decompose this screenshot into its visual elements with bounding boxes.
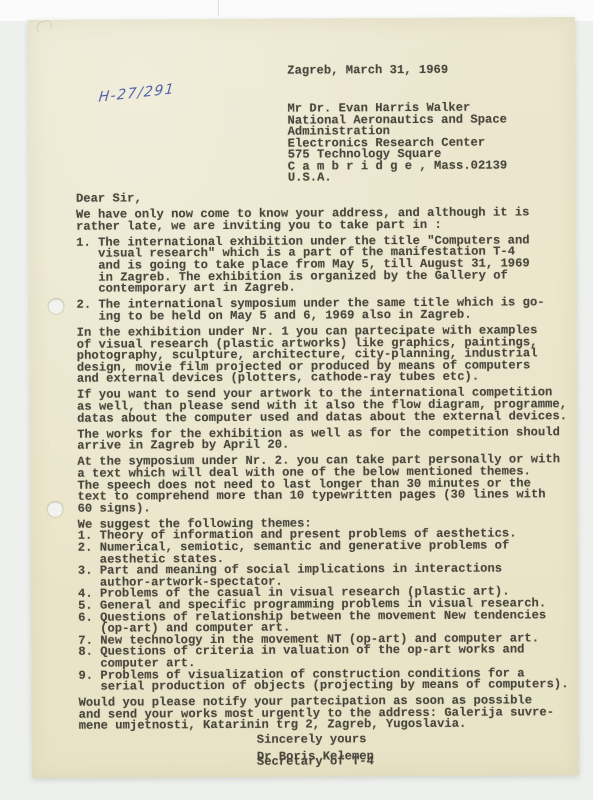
closing-paragraph: Would you please notify your partecipati… [79,695,569,732]
themes-list: We suggest the following themes: 1. Theo… [78,517,569,693]
letter-paper: H-27/291 Zagreb, March 31, 1969 Mr Dr. E… [28,17,579,778]
scanned-letter-page: { "colors": { "paper": "#ebe6cc", "scan_… [0,0,593,800]
letter-body: Dear Sir, We have only now come to know … [76,191,569,737]
theme-item-9: 9. Problems of visualization of construc… [78,668,568,694]
body-paragraph-deadline: The works for the exhibition as well as … [77,427,567,453]
intro-paragraph: We have only now come to know your addre… [76,207,566,233]
signer-title: Secretary of T-4 [257,756,374,768]
salutation: Dear Sir, [76,191,566,205]
recipient-line: U.S.A. [288,171,507,184]
body-paragraph-participation: In the exhibition under Nr. 1 you can pa… [77,325,567,386]
pencil-scribble-mark [35,19,53,33]
invitation-item-exhibition: 1. The international exhibition under th… [76,235,566,296]
invitation-item-symposium: 2. The international symposium under the… [76,297,566,323]
signature-block: Sincerely yours Dr Boris Kelemen Secreta… [257,734,374,768]
body-paragraph-competition: If you want to send your artwork to the … [77,388,567,425]
valediction: Sincerely yours [257,734,374,746]
body-paragraph-symposium-rules: At the symposium under Nr. 2. you can ta… [77,455,567,516]
date-line: Zagreb, March 31, 1969 [287,65,448,77]
punch-hole-top [48,299,63,314]
punch-hole-bottom [48,502,63,517]
handwritten-reference-number: H-27/291 [98,81,176,106]
recipient-address-block: Mr Dr. Evan Harris Walker National Aeron… [287,102,507,184]
paper-crease-line [218,0,219,16]
